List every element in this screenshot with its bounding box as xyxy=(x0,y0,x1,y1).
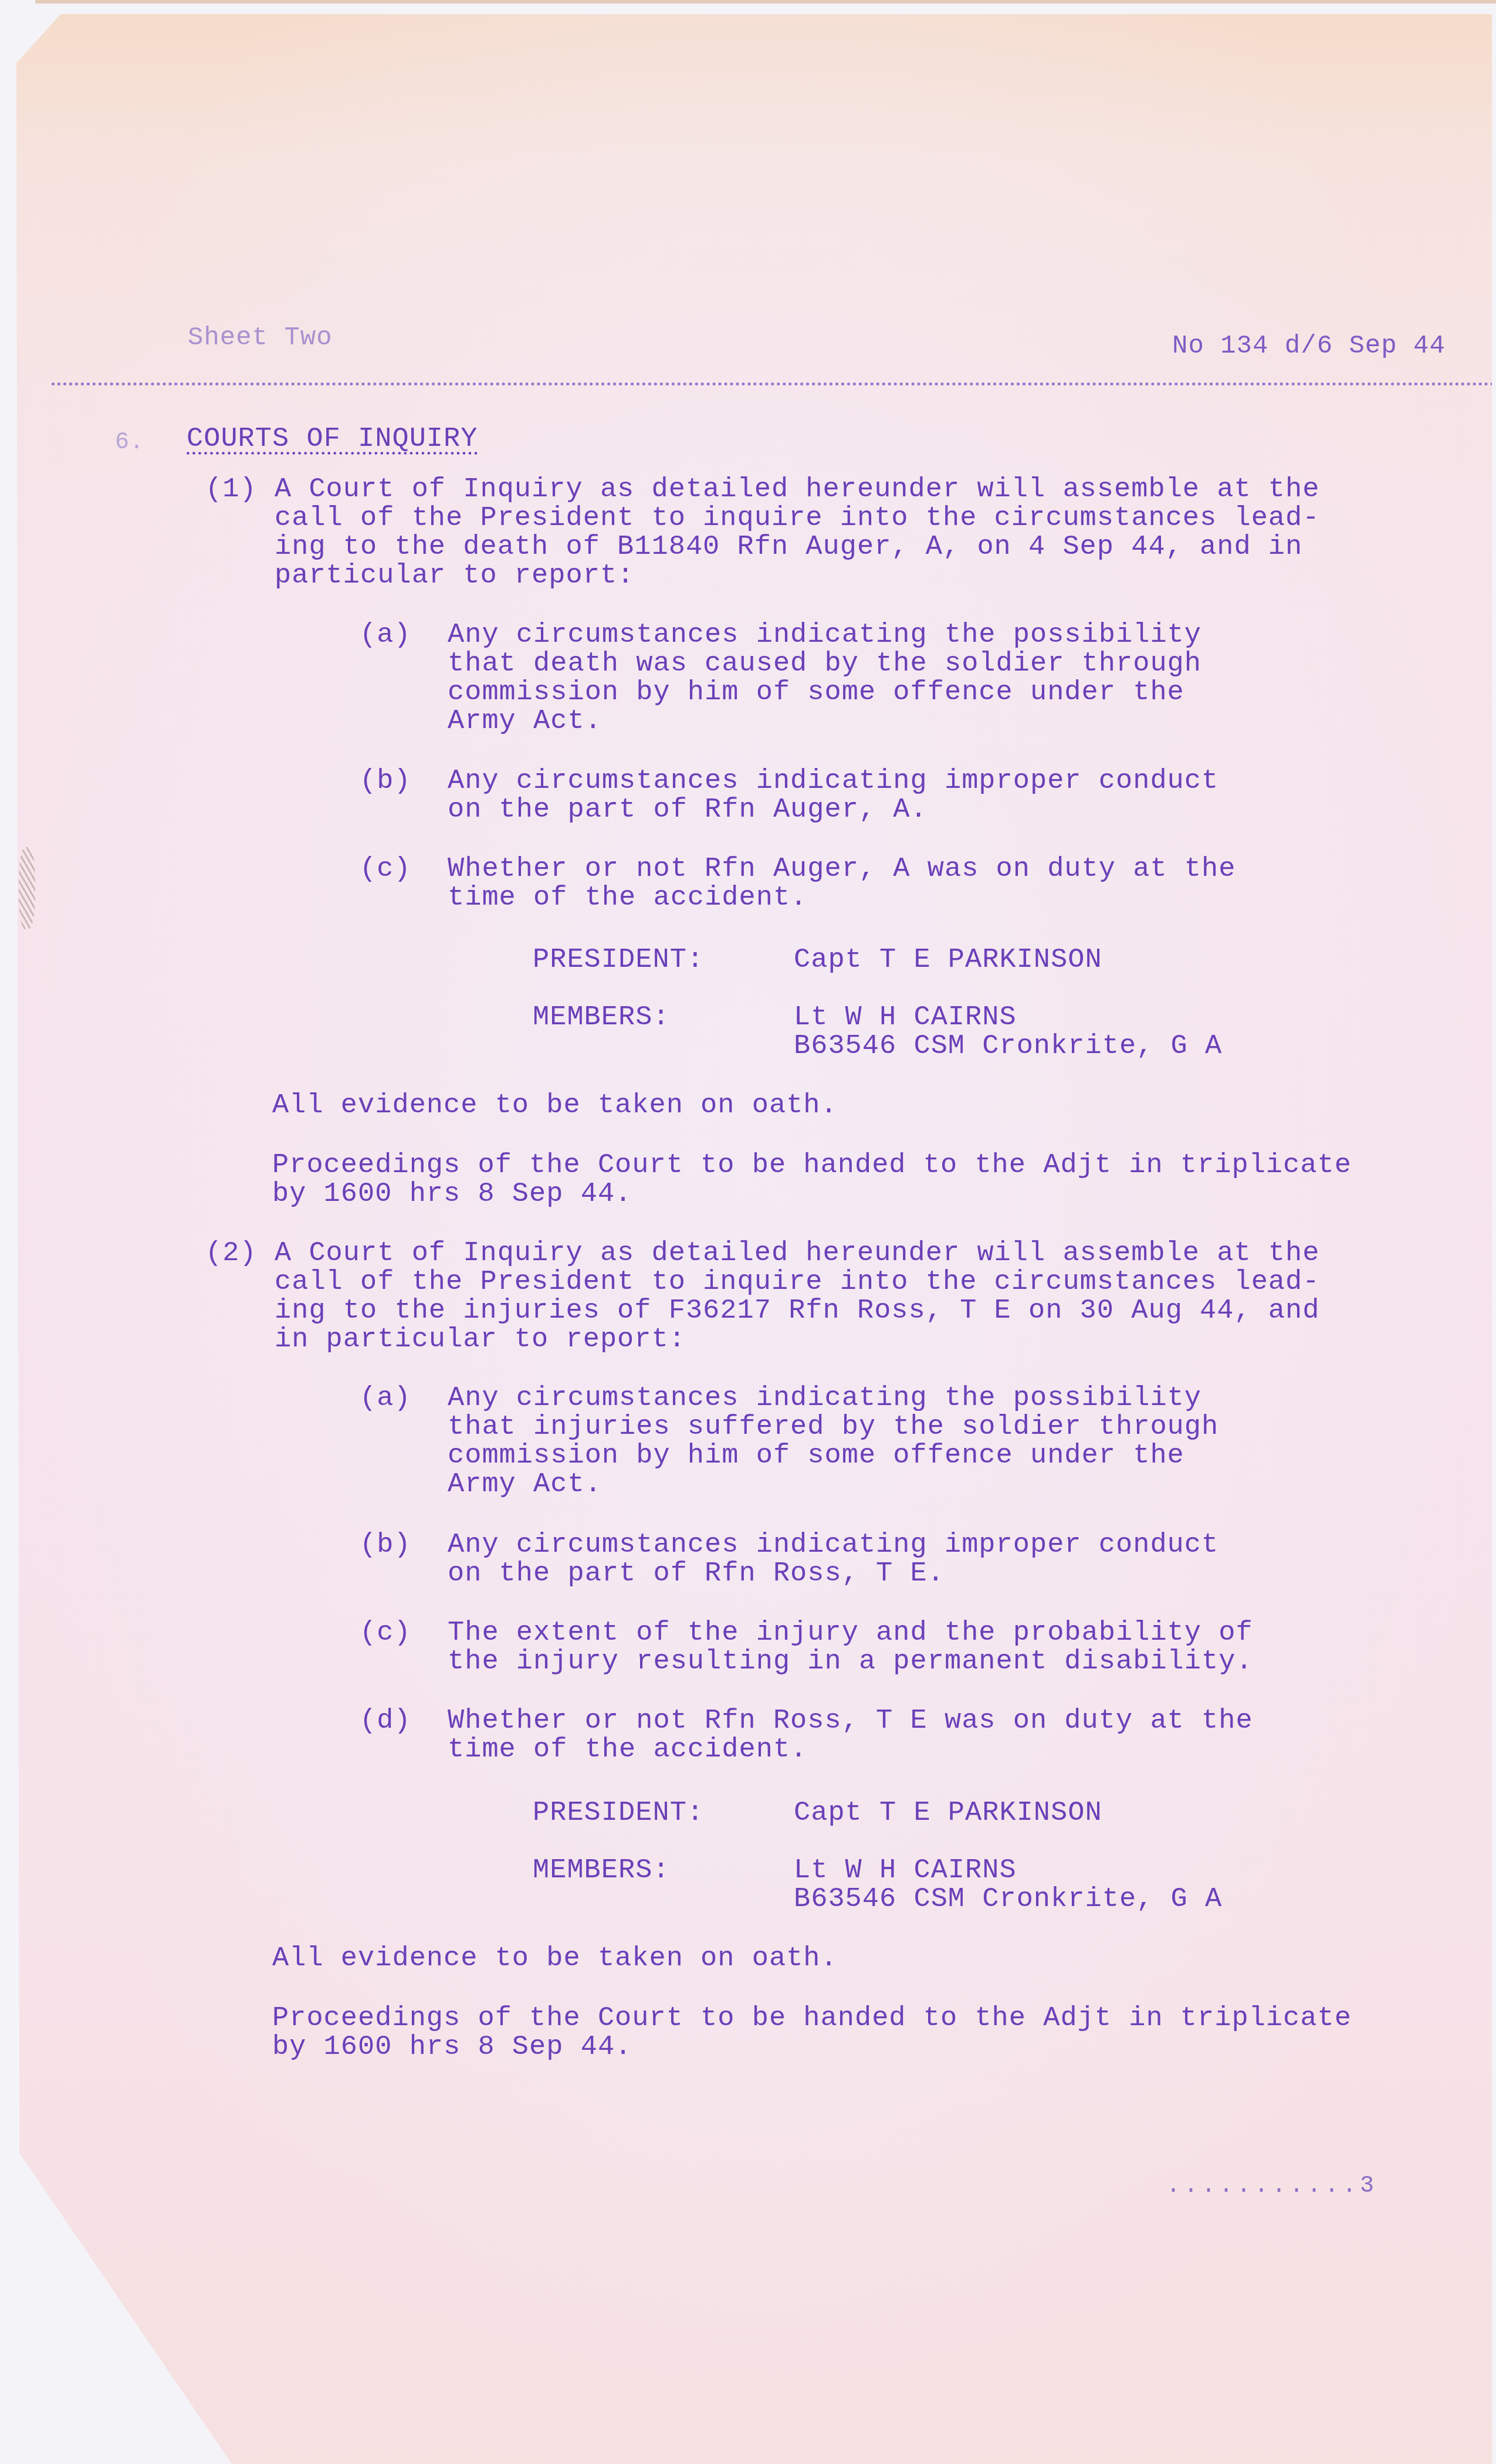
section-number: 6. xyxy=(115,428,144,457)
inquiry-1-item-a: that death was caused by the soldier thr… xyxy=(448,649,1201,678)
inquiry-1-item-a: Any circumstances indicating the possibi… xyxy=(448,621,1201,649)
section-title: COURTS OF INQUIRY xyxy=(187,425,478,453)
inquiry-1-line: call of the President to inquire into th… xyxy=(275,504,1319,533)
document-reference: No 134 d/6 Sep 44 xyxy=(1172,332,1446,361)
inquiry-1-line: A Court of Inquiry as detailed hereunder… xyxy=(275,475,1319,504)
inquiry-1-member: B63546 CSM Cronkrite, G A xyxy=(794,1032,1222,1061)
inquiry-2-item-d: Whether or not Rfn Ross, T E was on duty… xyxy=(448,1707,1253,1735)
continuation-marker: ...........3 xyxy=(1166,2173,1377,2199)
inquiry-1-proceedings: by 1600 hrs 8 Sep 44. xyxy=(272,1180,632,1209)
inquiry-2-item-d-label: (d) xyxy=(360,1707,411,1735)
inquiry-1-evidence: All evidence to be taken on oath. xyxy=(272,1091,838,1120)
inquiry-1-item-a: commission by him of some offence under … xyxy=(448,678,1184,707)
inquiry-1-item-a-label: (a) xyxy=(360,621,411,649)
inquiry-2-item-d: time of the accident. xyxy=(448,1735,807,1764)
inquiry-2-item-a-label: (a) xyxy=(360,1384,411,1413)
inquiry-1-item-c-label: (c) xyxy=(360,855,411,884)
binding-mark xyxy=(19,847,35,929)
inquiry-2-item-c: The extent of the injury and the probabi… xyxy=(448,1619,1253,1647)
inquiry-1-proceedings: Proceedings of the Court to be handed to… xyxy=(272,1151,1352,1180)
inquiry-2-item-b-label: (b) xyxy=(360,1531,411,1559)
inquiry-2-line: call of the President to inquire into th… xyxy=(275,1268,1319,1297)
inquiry-2-line: ing to the injuries of F36217 Rfn Ross, … xyxy=(275,1297,1319,1325)
inquiry-2-line: in particular to report: xyxy=(275,1325,686,1354)
inquiry-2-item-a: Army Act. xyxy=(448,1470,602,1499)
inquiry-1-item-b: Any circumstances indicating improper co… xyxy=(448,767,1219,796)
inquiry-2-president-label: PRESIDENT: xyxy=(533,1799,704,1827)
inquiry-2-item-b: Any circumstances indicating improper co… xyxy=(448,1531,1219,1559)
inquiry-1-item-b-label: (b) xyxy=(360,767,411,796)
inquiry-1-president-label: PRESIDENT: xyxy=(533,946,704,974)
scan-edge xyxy=(35,0,1496,4)
inquiry-1-item-c: Whether or not Rfn Auger, A was on duty … xyxy=(448,855,1236,884)
inquiry-1-members-label: MEMBERS: xyxy=(533,1003,670,1032)
sheet-label: Sheet Two xyxy=(188,324,333,353)
inquiry-1-member: Lt W H CAIRNS xyxy=(794,1003,1017,1032)
inquiry-2-proceedings: Proceedings of the Court to be handed to… xyxy=(272,2004,1352,2033)
inquiry-2-president: Capt T E PARKINSON xyxy=(794,1799,1102,1827)
inquiry-2-item-c-label: (c) xyxy=(360,1619,411,1647)
inquiry-2-evidence: All evidence to be taken on oath. xyxy=(272,1944,838,1973)
inquiry-1-item-a: Army Act. xyxy=(448,707,602,736)
inquiry-2-item-c: the injury resulting in a permanent disa… xyxy=(448,1647,1253,1676)
document-page: Sheet Two No 134 d/6 Sep 44 6. COURTS OF… xyxy=(16,14,1492,2464)
inquiry-2-members-label: MEMBERS: xyxy=(533,1856,670,1885)
inquiry-1-label: (1) xyxy=(205,475,257,504)
inquiry-2-line: A Court of Inquiry as detailed hereunder… xyxy=(275,1239,1319,1268)
header-rule xyxy=(52,383,1496,385)
inquiry-2-label: (2) xyxy=(205,1239,257,1268)
inquiry-1-item-b: on the part of Rfn Auger, A. xyxy=(448,796,928,824)
inquiry-2-item-b: on the part of Rfn Ross, T E. xyxy=(448,1559,945,1588)
inquiry-1-line: particular to report: xyxy=(275,561,634,590)
inquiry-2-item-a: that injuries suffered by the soldier th… xyxy=(448,1413,1219,1441)
inquiry-2-item-a: Any circumstances indicating the possibi… xyxy=(448,1384,1201,1413)
inquiry-1-president: Capt T E PARKINSON xyxy=(794,946,1102,974)
inquiry-2-item-a: commission by him of some offence under … xyxy=(448,1441,1184,1470)
inquiry-1-item-c: time of the accident. xyxy=(448,884,807,912)
inquiry-2-member: Lt W H CAIRNS xyxy=(794,1856,1017,1885)
inquiry-2-proceedings: by 1600 hrs 8 Sep 44. xyxy=(272,2033,632,2062)
inquiry-2-member: B63546 CSM Cronkrite, G A xyxy=(794,1885,1222,1914)
inquiry-1-line: ing to the death of B11840 Rfn Auger, A,… xyxy=(275,533,1302,561)
